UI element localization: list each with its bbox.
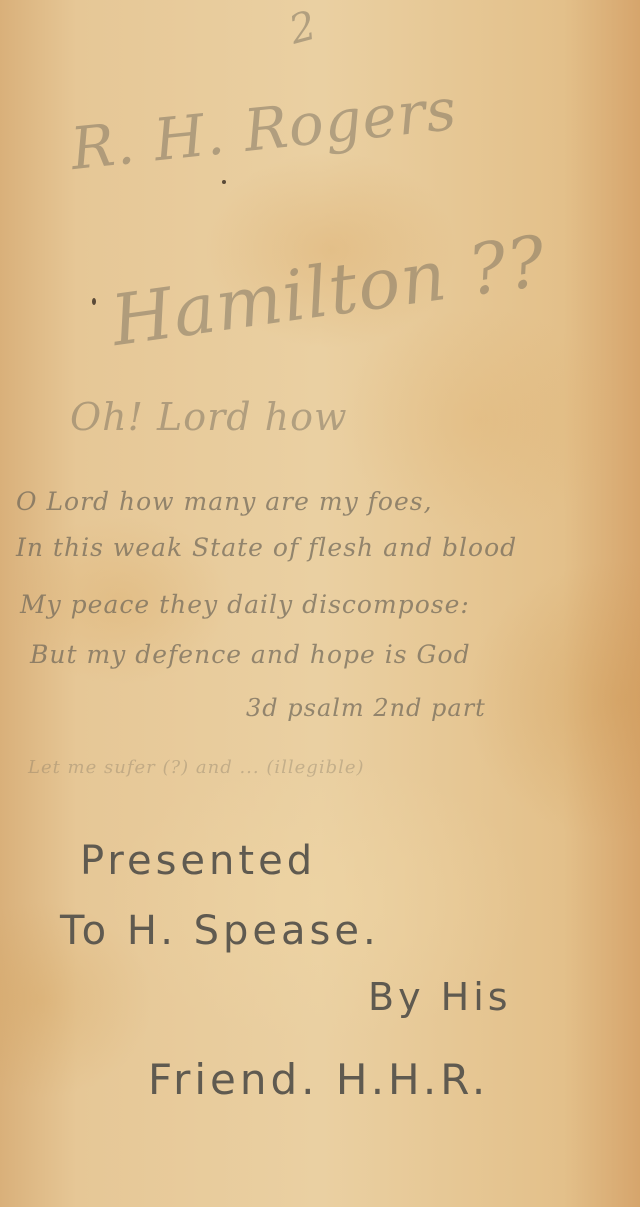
place-line: Hamilton ?? [106, 220, 551, 362]
verse-line-3: My peace they daily discompose: [20, 590, 470, 619]
scanned-page: 2 R. H. Rogers Hamilton ?? Oh! Lord how … [0, 0, 640, 1207]
dedication-signature: Friend. H.H.R. [148, 1055, 489, 1104]
illegible-line: Let me sufer (?) and ... (illegible) [28, 757, 365, 778]
verse-line-4: But my defence and hope is God [30, 640, 471, 669]
top-mark: 2 [284, 2, 321, 53]
dedication-recipient: To H. Spease. [60, 908, 380, 954]
owner-signature: R. H. Rogers [68, 75, 461, 183]
verse-line-2: In this weak State of flesh and blood [16, 533, 517, 562]
verse-line-1: O Lord how many are my foes, [16, 487, 433, 516]
ink-blot [92, 298, 96, 305]
dedication-by-his: By His [368, 975, 512, 1019]
ink-blot [222, 180, 226, 184]
psalm-citation: 3d psalm 2nd part [246, 694, 486, 722]
partial-line: Oh! Lord how [70, 395, 348, 439]
dedication-presented: Presented [80, 838, 316, 884]
